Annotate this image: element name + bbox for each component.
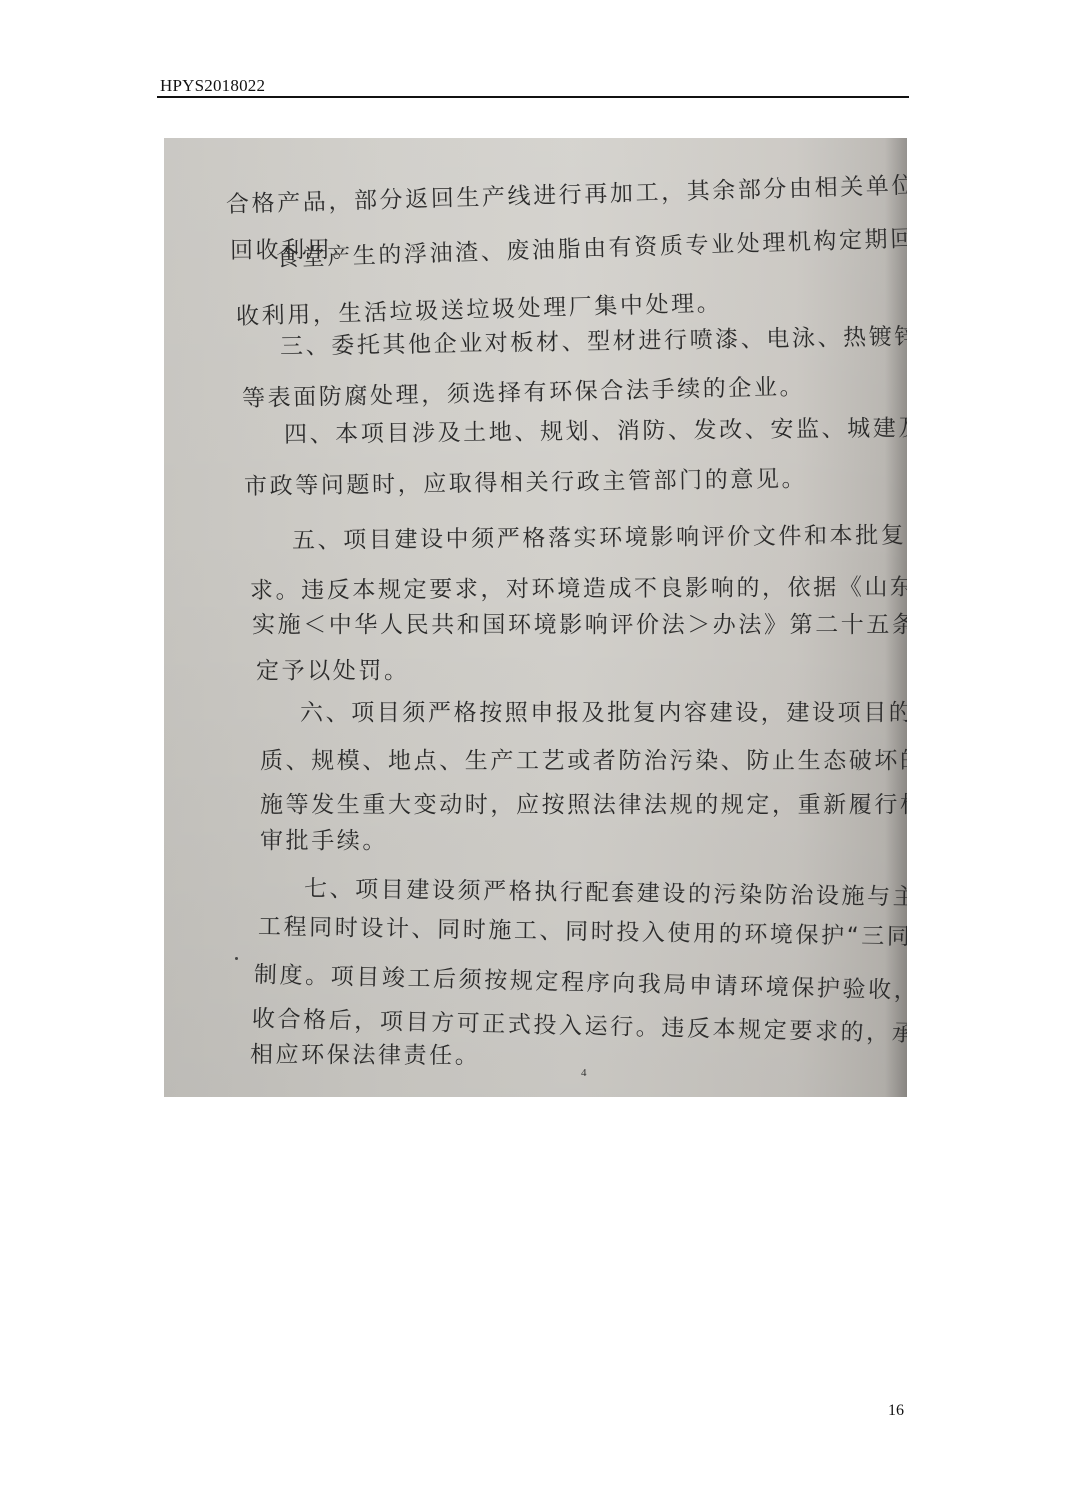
- document-text-line: 等表面防腐处理，须选择有环保合法手续的企业。: [242, 368, 806, 413]
- document-text-line: 六、项目须严格按照申报及批复内容建设，建设项目的性: [300, 694, 907, 727]
- inner-page-number: 4: [581, 1067, 587, 1079]
- document-text-line: 审批手续。: [260, 822, 388, 855]
- document-header-code: HPYS2018022: [160, 76, 265, 96]
- page-number: 16: [888, 1402, 904, 1420]
- document-text-line: 工程同时设计、同时施工、同时投入使用的环境保护“三同时”: [258, 908, 907, 952]
- document-text-line: 五、项目建设中须严格落实环境影响评价文件和本批复要: [292, 516, 907, 555]
- document-text-line: 相应环保法律责任。: [250, 1036, 481, 1070]
- document-text-line: 四、本项目涉及土地、规划、消防、发改、安监、城建及: [284, 409, 907, 449]
- scanned-document-photo: 4 合格产品，部分返回生产线进行再加工，其余部分由相关单位回收利用。食堂产生的浮…: [164, 138, 907, 1097]
- document-text-line: 求。违反本规定要求，对环境造成不良影响的，依据《山东省: [250, 568, 907, 605]
- photo-speck: [235, 957, 238, 960]
- document-text-line: 食堂产生的浮油渣、废油脂由有资质专业处理机构定期回: [275, 220, 907, 273]
- document-text-line: 定予以处罚。: [256, 652, 410, 685]
- document-text-line: 市政等问题时，应取得相关行政主管部门的意见。: [244, 460, 808, 501]
- document-text-line: 制度。项目竣工后须按规定程序向我局申请环境保护验收，验: [254, 956, 907, 1006]
- document-text-line: 质、规模、地点、生产工艺或者防治污染、防止生态破坏的措: [260, 742, 907, 775]
- header-divider: [157, 96, 909, 98]
- document-text-line: 实施＜中华人民共和国环境影响评价法＞办法》第二十五条规: [252, 606, 907, 639]
- document-text-line: 施等发生重大变动时，应按照法律法规的规定，重新履行相关: [260, 786, 907, 819]
- document-text-line: 七、项目建设须严格执行配套建设的污染防治设施与主体: [304, 870, 907, 912]
- document-text-line: 合格产品，部分返回生产线进行再加工，其余部分由相关单位: [226, 167, 907, 219]
